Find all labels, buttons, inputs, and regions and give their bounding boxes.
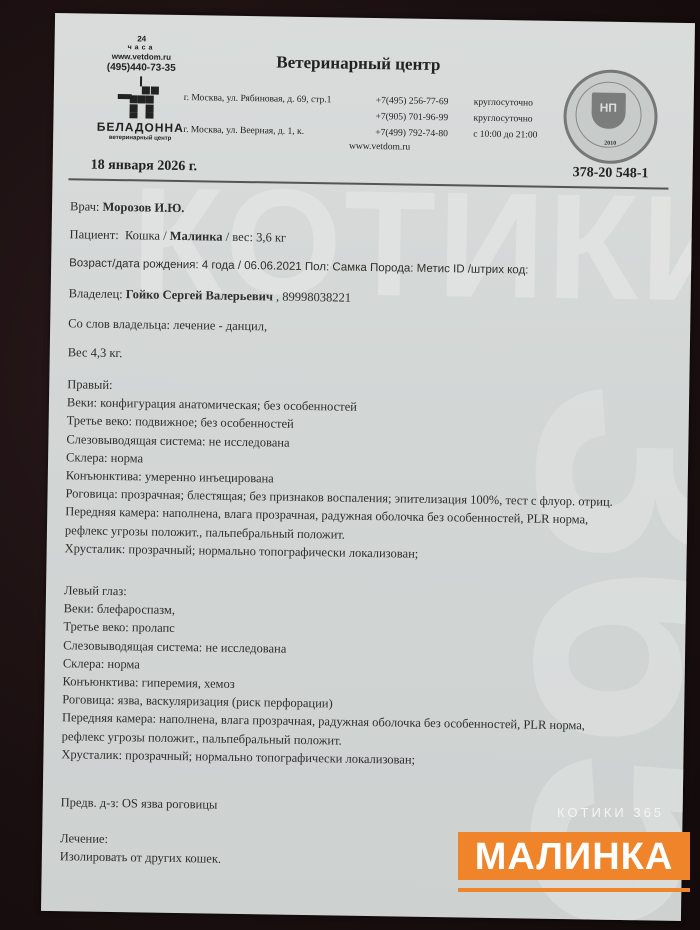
owner-line: Владелец: Гойко Сергей Валерьевич , 8999… (69, 286, 352, 305)
exam-line: Конъюнктива: умеренно инъецирована (66, 468, 274, 486)
patient-line: Пациент: Кошка / Малинка / вес: 3,6 кг (69, 227, 286, 245)
left-eye-section: Левый глаз:Веки: блефароспазм,Третье век… (55, 13, 695, 23)
exam-line: Хрусталик: прозрачный; нормально топогра… (61, 747, 415, 768)
overlay-name: МАЛИНКА (458, 836, 690, 879)
phone-3: +7(499) 792-74-80 (375, 128, 448, 139)
medical-document-paper: КОТИКИ 365 24 часа www.vetdom.ru (495)44… (41, 13, 695, 921)
treatment: Изолировать от других кошек. (60, 849, 221, 867)
exam-line: Хрусталик: прозрачный; нормально топогра… (65, 541, 419, 562)
phone-1-hours: круглосуточно (474, 98, 533, 109)
exam-line: Третье веко: подвижное; без особенностей (67, 414, 294, 433)
logo-dog-icon (115, 76, 166, 119)
exam-line: рефлекс угрозы положит., пальпебральный … (65, 523, 345, 542)
owner-phone: , 89998038221 (276, 290, 351, 305)
seal-year: 2010 (566, 140, 654, 147)
address-1: г. Москва, ул. Рябиновая, д. 69, стр.1 (184, 93, 332, 105)
phone-1: +7(495) 256-77-69 (376, 96, 449, 107)
patient-name: Малинка (170, 229, 223, 244)
exam-line: Слезовыводящая система: не исследована (63, 638, 286, 657)
treatment-label: Лечение: (60, 831, 108, 847)
overlay-tag: КОТИКИ 365 (557, 805, 664, 820)
phone-3-hours: с 10:00 до 21:00 (473, 130, 537, 141)
clinic-title: Ветеринарный центр (276, 53, 440, 76)
phone-2: +7(905) 701-96-99 (375, 112, 448, 123)
exam-line: Веки: блефароспазм, (64, 601, 176, 618)
exam-line: Левый глаз: (64, 583, 127, 599)
exam-line: Склера: норма (66, 450, 143, 466)
diagnosis: Предв. д-з: OS язва роговицы (61, 795, 218, 812)
exam-line: Правый: (67, 377, 113, 393)
anamnesis: Со слов владельца: лечение - данцил, (68, 316, 267, 334)
right-eye-section: Правый:Веки: конфигурация анатомическая;… (55, 13, 695, 23)
clinic-website: www.vetdom.ru (349, 142, 410, 153)
exam-line: Конъюнктива: гиперемия, хемоз (62, 674, 234, 692)
weight: Вес 4,3 кг. (68, 345, 123, 361)
doctor-line: Врач: Морозов И.Ю. (70, 199, 185, 216)
registration-number: 378-20 548-1 (573, 165, 649, 182)
association-seal: НП 2010 (563, 69, 658, 164)
phone-2-hours: круглосуточно (473, 114, 532, 125)
overlay-underline (458, 888, 690, 892)
address-2: г. Москва, ул. Веерная, д. 1, к. (183, 125, 304, 137)
logo-brand: БЕЛАДОННА (85, 120, 195, 136)
exam-line: Склера: норма (63, 656, 140, 672)
doctor-name: Морозов И.Ю. (102, 200, 184, 215)
document-date: 18 января 2026 г. (91, 158, 198, 176)
overlay-name-badge: МАЛИНКА (458, 832, 690, 880)
exam-line: Слезовыводящая система: не исследована (66, 432, 289, 451)
logo-phone: (495)440-73-35 (86, 62, 196, 76)
exam-line: Роговица: язва, васкуляризация (риск пер… (62, 692, 333, 711)
exam-line: Третье веко: пролапс (63, 620, 175, 637)
exam-line: рефлекс угрозы положит., пальпебральный … (62, 729, 342, 748)
exam-line: Веки: конфигурация анатомическая; без ос… (67, 395, 357, 415)
owner-name: Гойко Сергей Валерьевич (126, 287, 273, 303)
seal-shield-icon: НП (591, 92, 626, 129)
patient-weight: / вес: 3,6 кг (226, 230, 287, 245)
clinic-logo: 24 часа www.vetdom.ru (495)440-73-35 БЕЛ… (85, 34, 197, 144)
